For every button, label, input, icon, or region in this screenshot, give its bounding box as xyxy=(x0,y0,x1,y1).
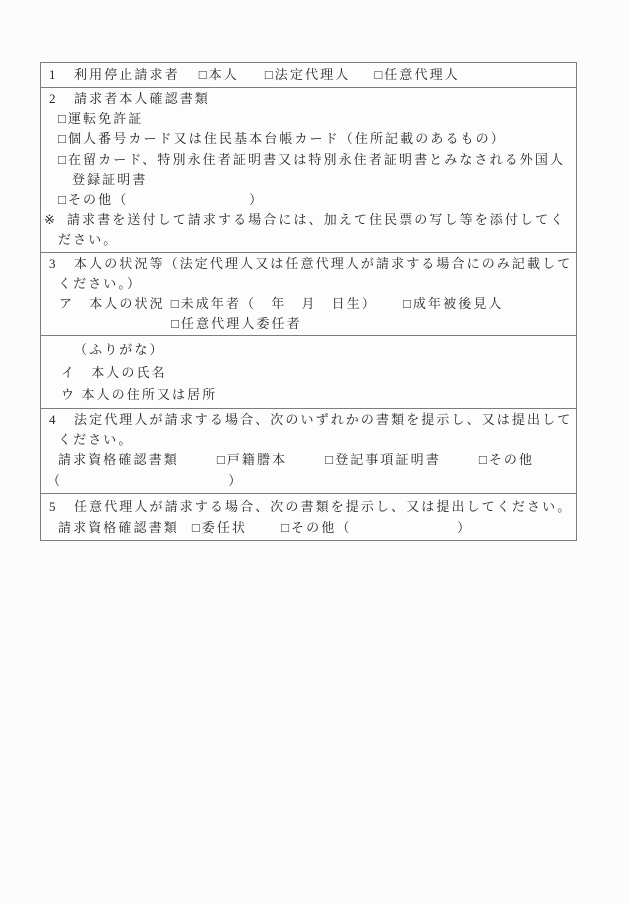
section-2-title-line: 2請求者本人確認書類 xyxy=(41,89,576,109)
section-2-identity-documents: 2請求者本人確認書類 □運転免許証 □個人番号カード又は住民基本台帳カード（住所… xyxy=(41,87,576,252)
section-3-name-address: （ふりがな） イ 本人の氏名 ウ 本人の住所又は居所 xyxy=(41,335,576,408)
section-4-title-line: 4法定代理人が請求する場合、次のいずれかの書類を提示し、又は提出して xyxy=(41,410,576,430)
section-4-legal-representative: 4法定代理人が請求する場合、次のいずれかの書類を提示し、又は提出して ください。… xyxy=(41,408,576,493)
checkbox-zairyu-card-wrap: 登録証明書 xyxy=(41,170,576,190)
checkbox-kojin-bango-card[interactable]: □個人番号カード又は住民基本台帳カード（住所記載のあるもの） xyxy=(41,129,576,149)
section-4-title: 法定代理人が請求する場合、次のいずれかの書類を提示し、又は提出して xyxy=(74,412,572,427)
checkbox-honnin[interactable]: □本人 xyxy=(199,67,239,82)
section-3-title-line: 3本人の状況等（法定代理人又は任意代理人が請求する場合にのみ記載して xyxy=(41,254,576,274)
section-5-title-line: 5任意代理人が請求する場合、次の書類を提示し、又は提出してください。 xyxy=(41,496,576,517)
checkbox-zairyu-card[interactable]: □在留カード、特別永住者証明書又は特別永住者証明書とみなされる外国人 xyxy=(41,150,576,170)
checkbox-koseki-tohon[interactable]: □戸籍謄本 xyxy=(217,452,287,467)
section-4-title-wrap: ください。 xyxy=(41,430,576,450)
checkbox-toki-jiko-shomeisho[interactable]: □登記事項証明書 xyxy=(325,452,441,467)
section-1-line: 1利用停止請求者□本人□法定代理人□任意代理人 xyxy=(41,63,576,87)
sonota-blank-field[interactable]: （ ） xyxy=(41,471,576,491)
section-2-title: 請求者本人確認書類 xyxy=(74,91,210,106)
section-2-number: 2 xyxy=(49,89,74,109)
section-3-title-wrap: ください。） xyxy=(41,274,576,294)
checkbox-nini-dairinin-ininsha[interactable]: □任意代理人委任者 xyxy=(41,314,576,334)
section-3-title: 本人の状況等（法定代理人又は任意代理人が請求する場合にのみ記載して xyxy=(74,256,572,271)
section-4-docs-line: 請求資格確認書類□戸籍謄本□登記事項証明書□その他 xyxy=(41,450,576,470)
section-5-title: 任意代理人が請求する場合、次の書類を提示し、又は提出してください。 xyxy=(74,499,572,514)
checkbox-sonota-section2[interactable]: □その他（ ） xyxy=(41,190,576,210)
checkbox-sonota-section4[interactable]: □その他 xyxy=(479,452,534,467)
section-1-title: 利用停止請求者 xyxy=(74,67,180,82)
sub-a-label: ア 本人の状況 xyxy=(59,296,165,311)
section-3-number: 3 xyxy=(49,254,74,274)
section-4-docs-label: 請求資格確認書類 xyxy=(58,452,179,467)
checkbox-seinen-hikokennin[interactable]: □成年被後見人 xyxy=(403,296,504,311)
checkbox-nini-dairinin[interactable]: □任意代理人 xyxy=(374,67,459,82)
note-text-wrap: ださい。 xyxy=(41,230,576,250)
checkbox-unten-menkyosho[interactable]: □運転免許証 xyxy=(41,109,576,129)
sub-a-line: ア 本人の状況□未成年者（ 年 月 日生）□成年被後見人 xyxy=(41,294,576,314)
sub-u-address-field[interactable]: ウ 本人の住所又は居所 xyxy=(41,384,576,407)
furigana-label: （ふりがな） xyxy=(41,339,576,362)
checkbox-sonota-section5[interactable]: □その他（ ） xyxy=(281,520,472,535)
request-form-table: 1利用停止請求者□本人□法定代理人□任意代理人 2請求者本人確認書類 □運転免許… xyxy=(40,62,577,541)
note-mark: ※ xyxy=(44,210,67,230)
section-1-number: 1 xyxy=(49,63,74,87)
section-4-number: 4 xyxy=(49,410,74,430)
section-5-voluntary-representative: 5任意代理人が請求する場合、次の書類を提示し、又は提出してください。 請求資格確… xyxy=(41,493,576,540)
section-5-number: 5 xyxy=(49,496,74,517)
section-5-docs-line: 請求資格確認書類□委任状□その他（ ） xyxy=(41,517,576,538)
sub-i-name-field[interactable]: イ 本人の氏名 xyxy=(41,362,576,385)
note-text: 請求書を送付して請求する場合には、加えて住民票の写し等を添付してく xyxy=(67,212,565,227)
section-1-requester: 1利用停止請求者□本人□法定代理人□任意代理人 xyxy=(41,63,576,87)
section-5-docs-label: 請求資格確認書類 xyxy=(58,520,179,535)
section-3-principal-status: 3本人の状況等（法定代理人又は任意代理人が請求する場合にのみ記載して ください。… xyxy=(41,252,576,336)
note-line: ※請求書を送付して請求する場合には、加えて住民票の写し等を添付してく xyxy=(41,210,576,230)
checkbox-hotei-dairinin[interactable]: □法定代理人 xyxy=(265,67,350,82)
checkbox-ininjo[interactable]: □委任状 xyxy=(192,520,247,535)
checkbox-miseinensha[interactable]: □未成年者（ 年 月 日生） xyxy=(171,296,377,311)
